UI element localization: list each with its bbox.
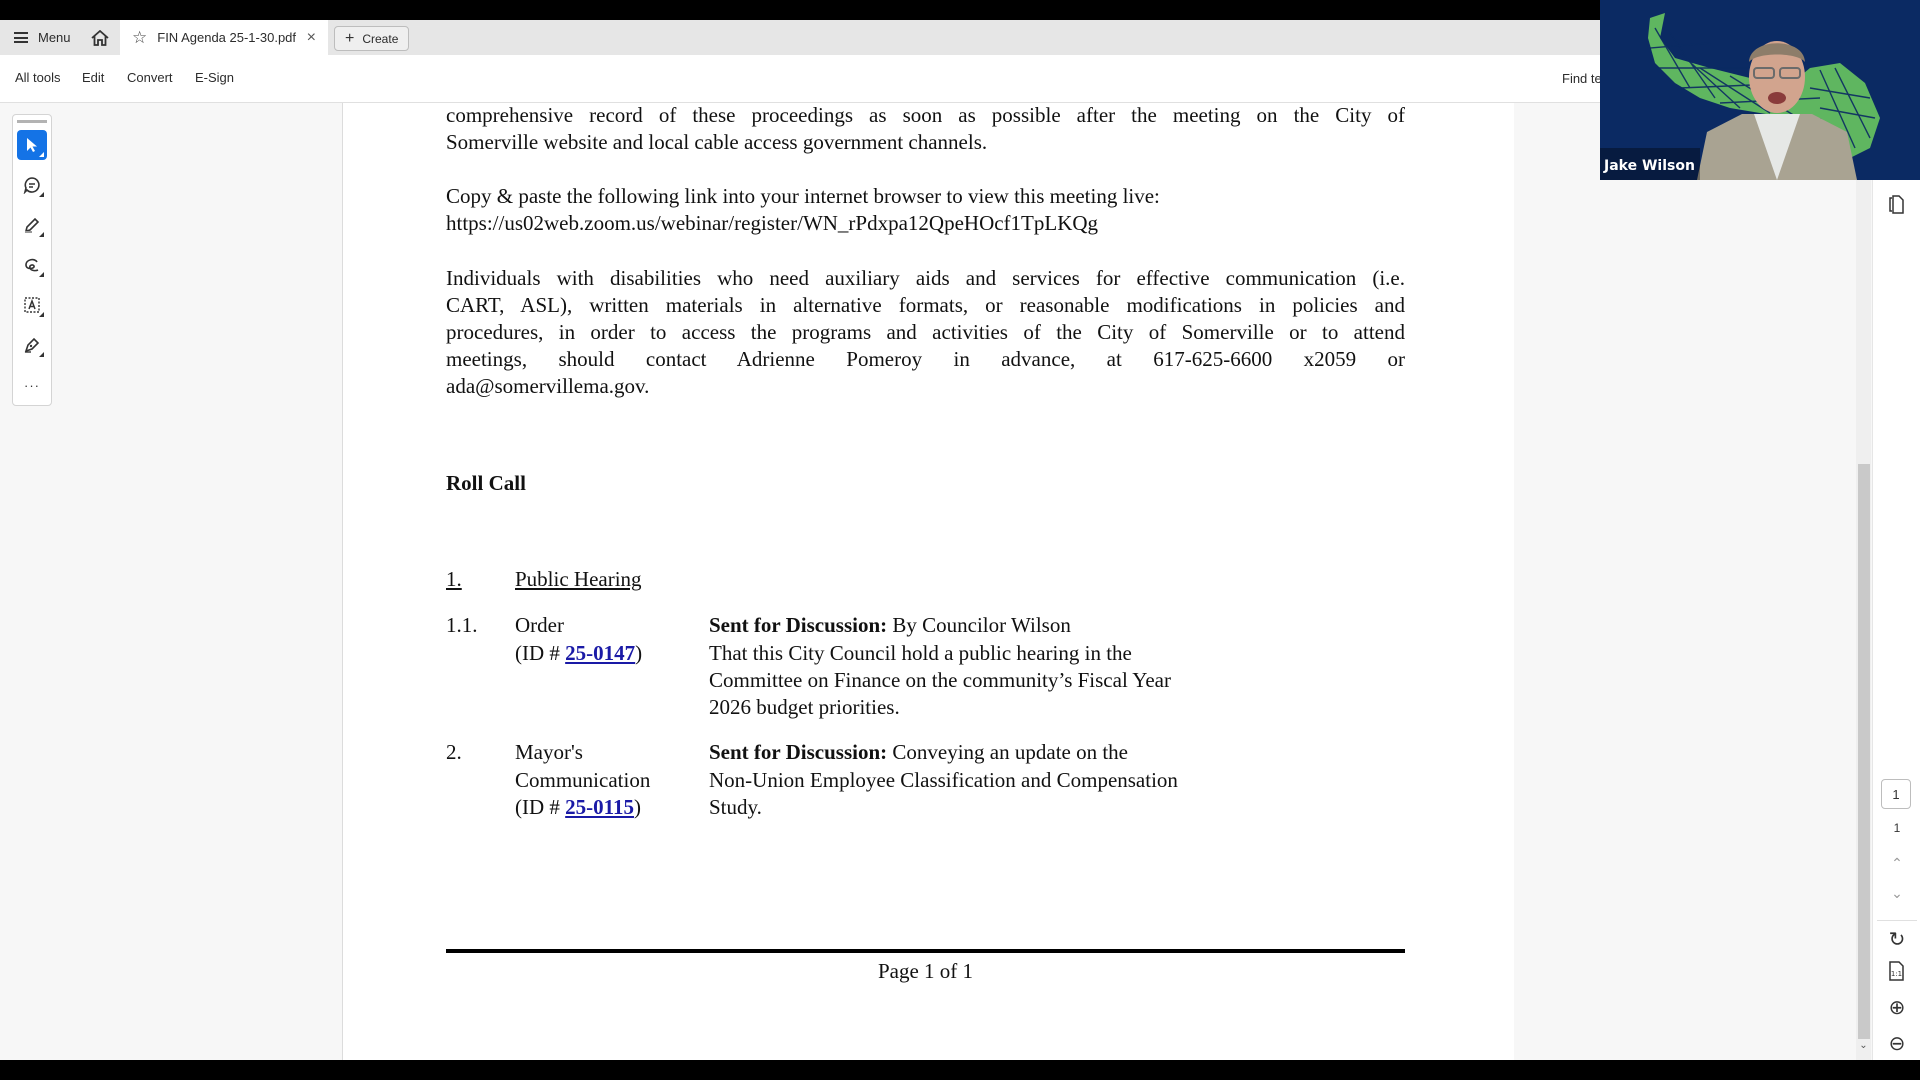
zoom-out-icon[interactable]: ⊖: [1873, 1031, 1920, 1056]
draw-tool-button[interactable]: [17, 250, 47, 280]
section-title: Public Hearing: [515, 566, 642, 593]
roll-call-heading: Roll Call: [446, 470, 526, 497]
star-icon[interactable]: ☆: [132, 28, 147, 48]
previous-page-chevron-up-icon[interactable]: ⌃: [1873, 855, 1920, 872]
ada-line-2: CART, ASL), written materials in alterna…: [446, 292, 1405, 319]
right-canvas-area: [1514, 103, 1856, 1060]
ada-line-3: procedures, in order to access the progr…: [446, 319, 1405, 346]
item-body-line: 2026 budget priorities.: [709, 694, 900, 721]
item-body-line: Committee on Finance on the community’s …: [709, 667, 1171, 694]
id-suffix: ): [634, 795, 641, 819]
close-tab-icon[interactable]: ×: [307, 29, 316, 47]
participant-video-feed: [1692, 22, 1862, 180]
footer-rule: [446, 949, 1405, 953]
menu-button[interactable]: Menu: [14, 20, 71, 55]
right-rail: 1 1 ⌃ ⌄ ↻ 1:1 ⊕ ⊖: [1872, 103, 1920, 1060]
item-lead: Sent for Discussion: Conveying an update…: [709, 739, 1128, 766]
page-number-input[interactable]: 1: [1881, 779, 1911, 809]
tab-title: FIN Agenda 25-1-30.pdf: [157, 30, 296, 45]
find-text-input[interactable]: Find te: [1562, 71, 1602, 86]
edit-menu[interactable]: Edit: [82, 70, 104, 85]
webinar-url[interactable]: https://us02web.zoom.us/webinar/register…: [446, 210, 1098, 237]
item-body-line: Non-Union Employee Classification and Co…: [709, 767, 1178, 794]
text-recognition-tool-button[interactable]: [17, 290, 47, 320]
submenu-corner-icon: [39, 272, 44, 277]
item-number: 2.: [446, 739, 462, 766]
item-lead-rest: By Councilor Wilson: [887, 613, 1071, 637]
video-participant-tile[interactable]: Jake Wilson: [1600, 0, 1920, 180]
intro-line-1: comprehensive record of these proceeding…: [446, 102, 1405, 129]
item-id: (ID # 25-0115): [515, 794, 641, 821]
fit-page-button[interactable]: 1:1: [1873, 961, 1920, 986]
create-label: Create: [362, 32, 398, 46]
id-prefix: (ID #: [515, 641, 565, 665]
participant-name: Jake Wilson: [1604, 158, 1695, 174]
item-body-line: Study.: [709, 794, 762, 821]
item-type: Communication: [515, 767, 650, 794]
plus-icon: +: [345, 30, 354, 48]
hamburger-icon: [14, 32, 28, 43]
tab-document[interactable]: ☆ FIN Agenda 25-1-30.pdf ×: [120, 20, 328, 55]
intro-line-2: Somerville website and local cable acces…: [446, 129, 987, 156]
item-number: 1.1.: [446, 612, 478, 639]
zoom-in-icon[interactable]: ⊕: [1873, 995, 1920, 1020]
ada-line-4: meetings, should contact Adrienne Pomero…: [446, 346, 1405, 373]
page-footer: Page 1 of 1: [446, 958, 1405, 985]
home-icon: [91, 30, 109, 46]
home-button[interactable]: [88, 20, 112, 55]
ada-email[interactable]: ada@somervillema.gov.: [446, 373, 649, 400]
scrollbar-thumb[interactable]: [1858, 464, 1870, 1039]
submenu-corner-icon: [39, 352, 44, 357]
item-type: Order: [515, 612, 564, 639]
item-lead-label: Sent for Discussion:: [709, 613, 887, 637]
ada-line-1: Individuals with disabilities who need a…: [446, 265, 1405, 292]
rotate-icon[interactable]: ↻: [1873, 927, 1920, 952]
submenu-corner-icon: [39, 312, 44, 317]
select-tool-button[interactable]: [17, 130, 47, 160]
copy-instruction: Copy & paste the following link into you…: [446, 183, 1160, 210]
next-page-chevron-down-icon[interactable]: ⌄: [1873, 885, 1920, 902]
esign-menu[interactable]: E-Sign: [195, 70, 234, 85]
submenu-corner-icon: [39, 152, 44, 157]
item-type: Mayor's: [515, 739, 583, 766]
cursor-arrow-icon: [24, 137, 40, 153]
item-lead-rest: Conveying an update on the: [887, 740, 1128, 764]
convert-menu[interactable]: Convert: [127, 70, 173, 85]
pages-icon: [1888, 195, 1906, 215]
submenu-corner-icon: [39, 232, 44, 237]
page-thumbnails-button[interactable]: [1873, 195, 1920, 220]
highlight-tool-button[interactable]: [17, 210, 47, 240]
sign-tool-button[interactable]: [17, 330, 47, 360]
item-id: (ID # 25-0147): [515, 640, 642, 667]
bottom-black-bar: [0, 1060, 1920, 1080]
more-tools-button[interactable]: ···: [17, 370, 47, 400]
submenu-corner-icon: [39, 192, 44, 197]
item-lead-label: Sent for Discussion:: [709, 740, 887, 764]
menu-label: Menu: [38, 30, 71, 45]
tool-rail-grip[interactable]: [17, 120, 47, 123]
section-number: 1.: [446, 566, 462, 593]
item-body-line: That this City Council hold a public hea…: [709, 640, 1132, 667]
item-lead: Sent for Discussion: By Councilor Wilson: [709, 612, 1071, 639]
tool-rail: ···: [12, 114, 52, 406]
actual-size-page-icon: 1:1: [1888, 961, 1906, 981]
comment-tool-button[interactable]: [17, 170, 47, 200]
page-total: 1: [1873, 821, 1920, 835]
all-tools-menu[interactable]: All tools: [15, 70, 61, 85]
item-id-link[interactable]: 25-0147: [565, 641, 635, 665]
create-button[interactable]: + Create: [334, 26, 409, 51]
id-suffix: ): [635, 641, 642, 665]
right-rail-divider: [1877, 920, 1917, 921]
item-id-link[interactable]: 25-0115: [565, 795, 634, 819]
id-prefix: (ID #: [515, 795, 565, 819]
more-dots-icon: ···: [24, 378, 40, 393]
svg-text:1:1: 1:1: [1891, 970, 1902, 978]
scroll-down-arrow-icon[interactable]: ⌄: [1856, 1040, 1871, 1058]
